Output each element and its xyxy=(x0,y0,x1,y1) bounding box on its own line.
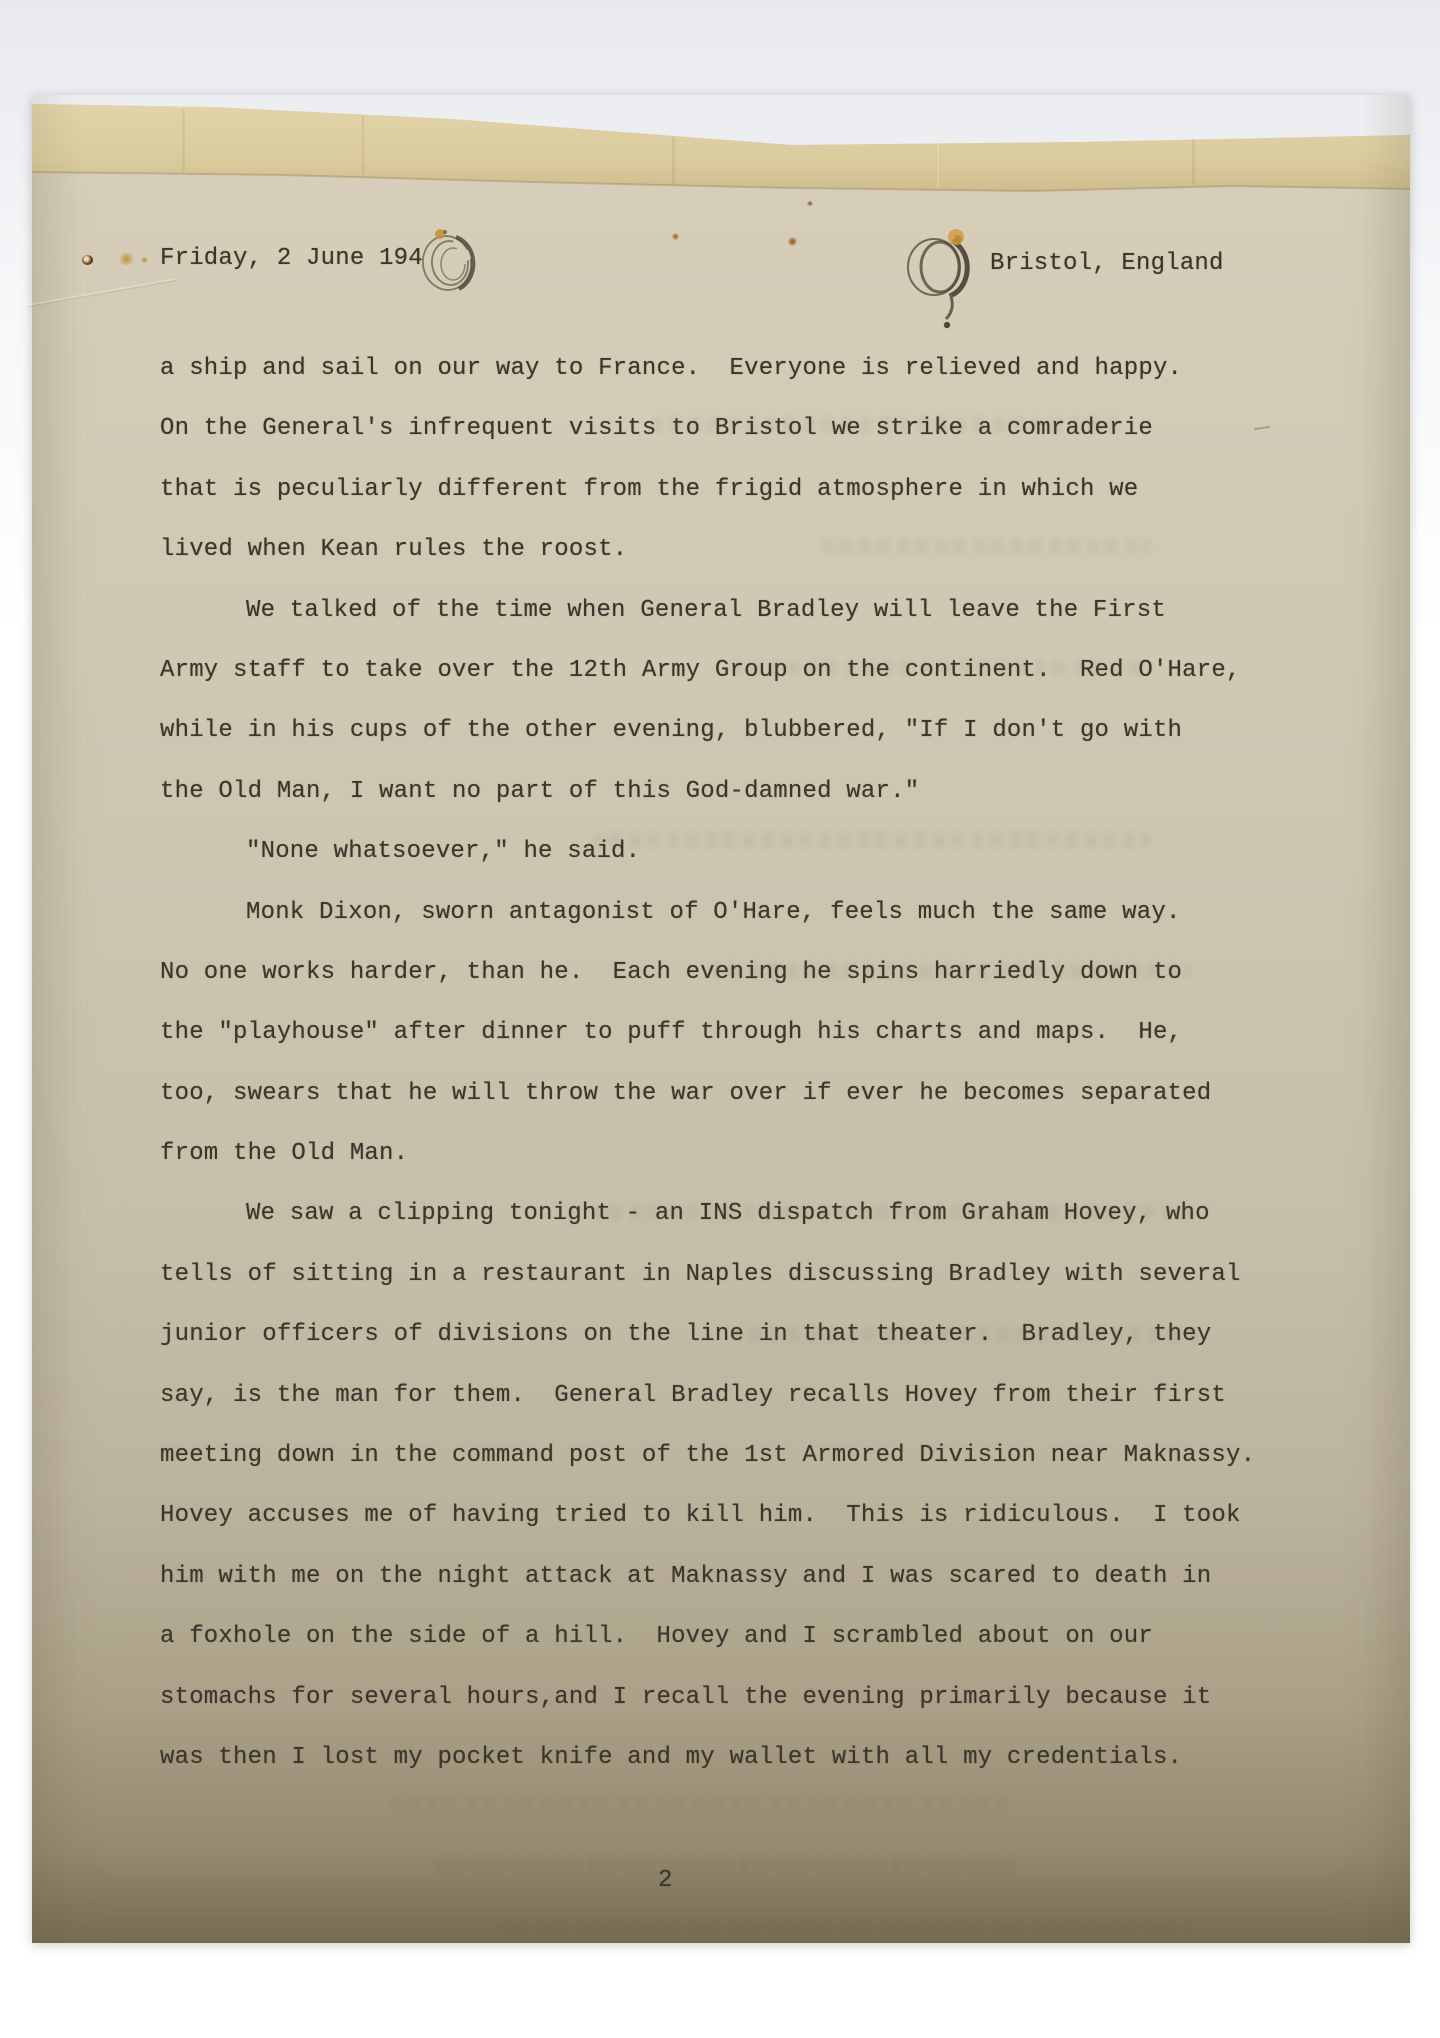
location-line: Bristol, England xyxy=(990,250,1224,277)
band-crease xyxy=(362,115,364,175)
pencil-scribble-before-location xyxy=(894,217,994,332)
text-line: the Old Man, I want no part of this God-… xyxy=(160,762,1255,822)
paper-crease xyxy=(27,278,177,306)
text-line: "None whatsoever," he said. xyxy=(160,822,1255,882)
rust-speck xyxy=(672,233,679,240)
text-line: Monk Dixon, sworn antagonist of O'Hare, … xyxy=(160,883,1255,943)
text-line: Army staff to take over the 12th Army Gr… xyxy=(160,641,1255,701)
pencil-scribble-over-date xyxy=(404,217,494,309)
rust-speck xyxy=(82,255,93,265)
text-line: the "playhouse" after dinner to puff thr… xyxy=(160,1003,1255,1063)
text-line: a foxhole on the side of a hill. Hovey a… xyxy=(160,1607,1255,1667)
text-line: him with me on the night attack at Makna… xyxy=(160,1547,1255,1607)
text-line: junior officers of divisions on the line… xyxy=(160,1305,1255,1365)
band-crease xyxy=(182,109,185,171)
rust-speck xyxy=(807,201,813,206)
band-crease xyxy=(672,137,675,185)
text-line: say, is the man for them. General Bradle… xyxy=(160,1366,1255,1426)
rust-speck xyxy=(118,253,135,265)
rust-speck xyxy=(788,237,797,246)
text-line: was then I lost my pocket knife and my w… xyxy=(160,1728,1255,1788)
text-line: from the Old Man. xyxy=(160,1124,1255,1184)
text-line: tells of sitting in a restaurant in Napl… xyxy=(160,1245,1255,1305)
page-number: 2 xyxy=(658,1867,673,1894)
text-line: that is peculiarly different from the fr… xyxy=(160,460,1255,520)
bleedthrough-mark xyxy=(500,1917,1200,1933)
diary-body-text: a ship and sail on our way to France. Ev… xyxy=(160,339,1255,1788)
bleedthrough-mark xyxy=(390,1795,1010,1811)
text-line: lived when Kean rules the roost. xyxy=(160,520,1255,580)
text-line: a ship and sail on our way to France. Ev… xyxy=(160,339,1255,399)
paper-sheet: Friday, 2 June 194 Bristol, England xyxy=(32,95,1410,1943)
band-crease xyxy=(937,141,939,187)
text-line: stomachs for several hours,and I recall … xyxy=(160,1668,1255,1728)
torn-top-edge xyxy=(32,95,1410,210)
small-pencil-dash xyxy=(1254,426,1270,430)
date-line: Friday, 2 June 194 xyxy=(160,245,423,272)
text-line: We saw a clipping tonight - an INS dispa… xyxy=(160,1184,1255,1244)
scanned-document-canvas: Friday, 2 June 194 Bristol, England xyxy=(0,0,1440,2038)
text-line: On the General's infrequent visits to Br… xyxy=(160,399,1255,459)
text-line: Hovey accuses me of having tried to kill… xyxy=(160,1486,1255,1546)
text-line: meeting down in the command post of the … xyxy=(160,1426,1255,1486)
text-line: while in his cups of the other evening, … xyxy=(160,701,1255,761)
rust-speck xyxy=(141,257,148,263)
text-line: We talked of the time when General Bradl… xyxy=(160,581,1255,641)
text-line: No one works harder, than he. Each eveni… xyxy=(160,943,1255,1003)
band-crease xyxy=(1192,139,1195,185)
bleedthrough-mark xyxy=(435,1857,1015,1873)
text-line: too, swears that he will throw the war o… xyxy=(160,1064,1255,1124)
